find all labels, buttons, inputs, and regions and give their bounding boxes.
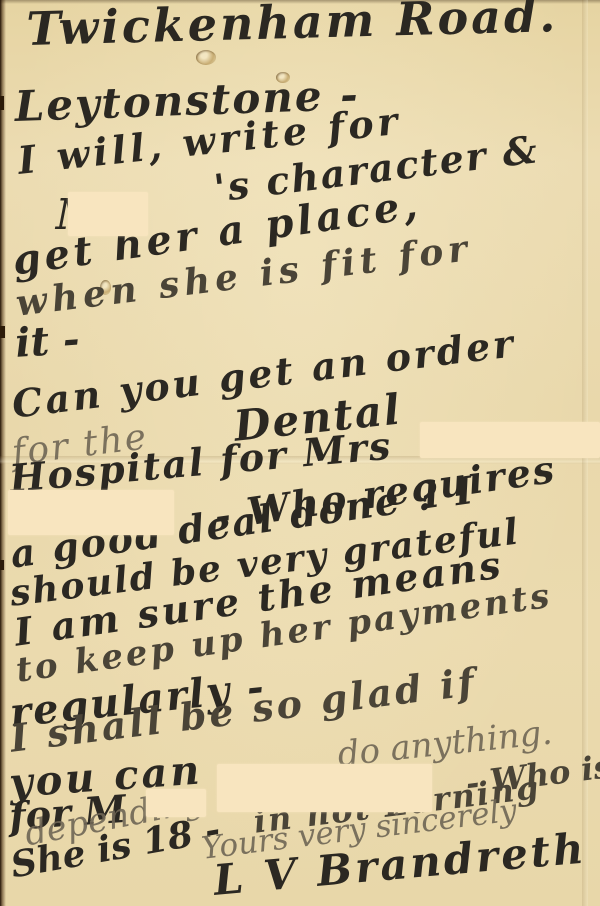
- address-line-1: Twickenham Road.: [26, 0, 559, 52]
- redaction-patch: [68, 192, 148, 236]
- scan-edge-left: [0, 0, 6, 906]
- paper-edge-nick: [0, 96, 4, 110]
- redaction-patch: [420, 422, 600, 458]
- paper-edge-nick: [0, 326, 5, 338]
- paper-edge-nick: [0, 560, 4, 570]
- paper-damage-spot: [196, 50, 216, 65]
- redaction-patch: [217, 764, 432, 812]
- letter-scan: Twickenham Road. Leytonstone - I will, w…: [0, 0, 600, 906]
- redaction-patch: [146, 789, 206, 817]
- letter-line: it -: [14, 320, 81, 364]
- redaction-patch: [8, 490, 174, 535]
